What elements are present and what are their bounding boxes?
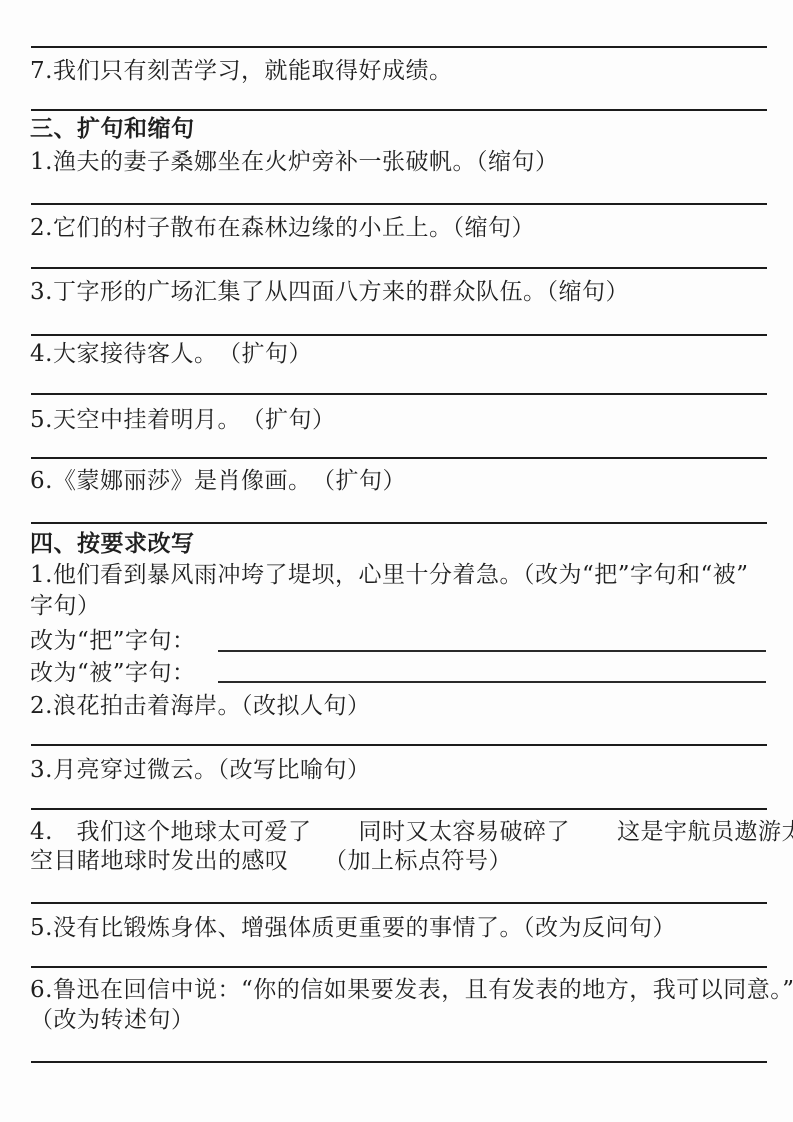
divider-line	[31, 902, 767, 904]
section4-item-1-line1: 1.他们看到暴风雨冲垮了堤坝，心里十分着急。（改为“把”字句和“被”	[30, 560, 775, 590]
section3-item-5: 5.天空中挂着明月。 （扩句）	[30, 405, 775, 435]
divider-line	[31, 457, 767, 459]
section3-item-6: 6.《蒙娜丽莎》是肖像画。 （扩句）	[30, 466, 775, 496]
section3-title: 三、扩句和缩句	[30, 114, 775, 144]
section3-item-3: 3.丁字形的广场汇集了从四面八方来的群众队伍。（缩句）	[30, 277, 775, 307]
ba-answer-blank	[218, 650, 766, 652]
divider-line	[31, 744, 767, 746]
divider-line	[31, 522, 767, 524]
section4-item-1-line2: 字句）	[30, 591, 775, 621]
section4-item-4-line1: 4. 我们这个地球太可爱了 同时又太容易破碎了 这是宇航员遨游太	[30, 817, 775, 847]
section3-item-4: 4.大家接待客人。 （扩句）	[30, 339, 775, 369]
section4-item-6-line1: 6.鲁迅在回信中说：“你的信如果要发表，且有发表的地方，我可以同意。”	[30, 975, 775, 1005]
bei-sentence-label: 改为“被”字句：	[30, 658, 775, 688]
bei-answer-blank	[218, 681, 766, 683]
section4-item-6-line2: （改为转述句）	[30, 1005, 775, 1035]
divider-line	[31, 334, 767, 336]
worksheet-page: 7.我们只有刻苦学习，就能取得好成绩。 三、扩句和缩句 1.渔夫的妻子桑娜坐在火…	[0, 0, 793, 1122]
divider-line	[31, 267, 767, 269]
section3-item-1: 1.渔夫的妻子桑娜坐在火炉旁补一张破帆。（缩句）	[30, 147, 775, 177]
divider-line	[31, 966, 767, 968]
exercise-item-7: 7.我们只有刻苦学习，就能取得好成绩。	[30, 56, 775, 86]
section4-item-2: 2.浪花拍击着海岸。（改拟人句）	[30, 691, 775, 721]
divider-line	[31, 203, 767, 205]
divider-line	[31, 109, 767, 111]
section4-item-3: 3.月亮穿过微云。（改写比喻句）	[30, 755, 775, 785]
divider-line	[31, 808, 767, 810]
divider-line	[31, 1061, 767, 1063]
section4-title: 四、按要求改写	[30, 529, 775, 559]
section3-item-2: 2.它们的村子散布在森林边缘的小丘上。（缩句）	[30, 213, 775, 243]
divider-line	[31, 393, 767, 395]
divider-line	[31, 46, 767, 48]
section4-item-4-line2: 空目睹地球时发出的感叹 （加上标点符号）	[30, 846, 775, 876]
section4-item-5: 5.没有比锻炼身体、增强体质更重要的事情了。（改为反问句）	[30, 913, 775, 943]
